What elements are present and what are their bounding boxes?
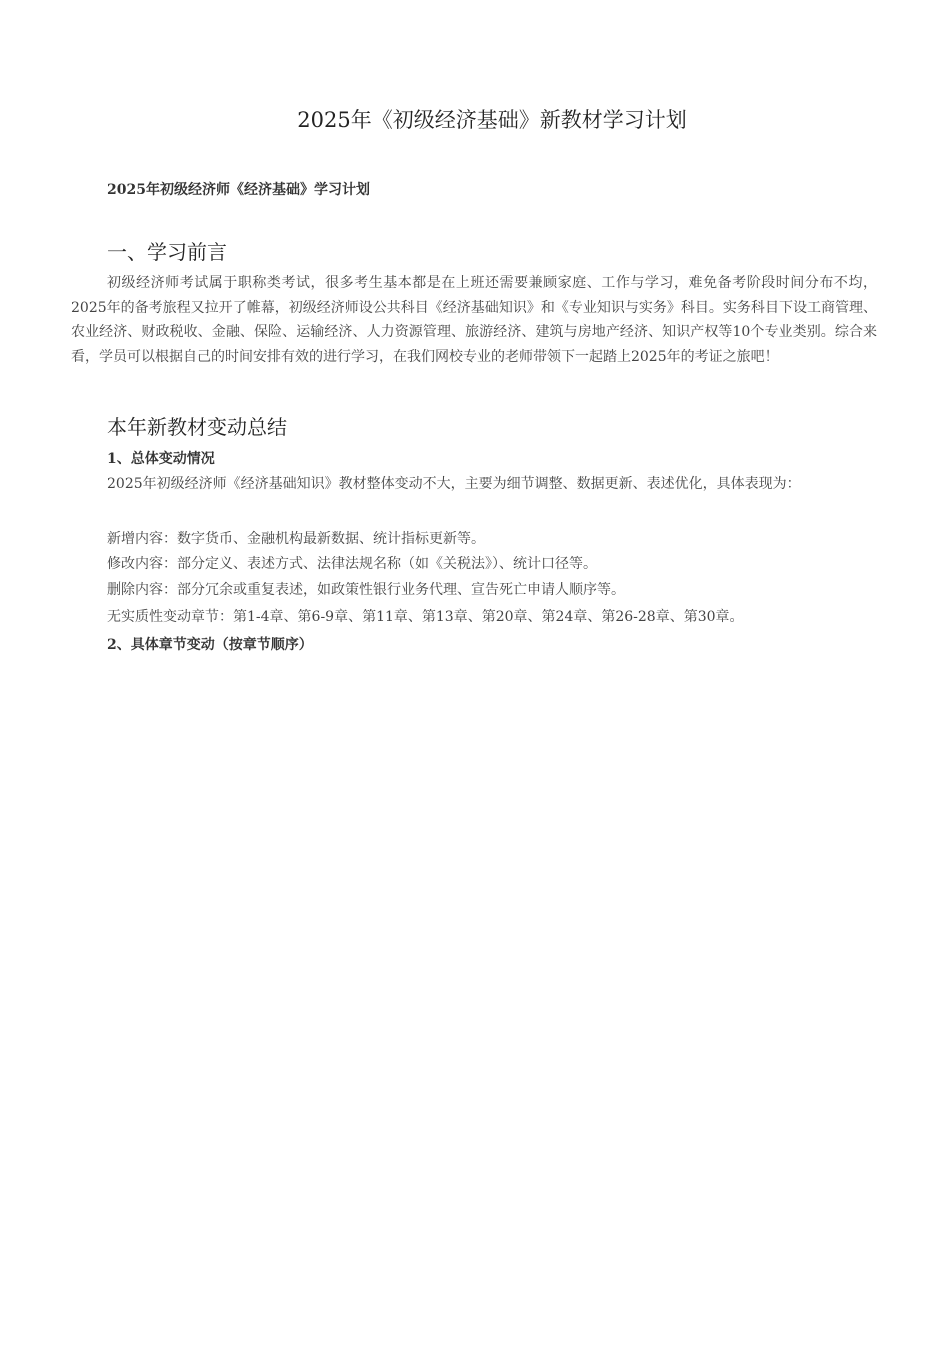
change-item-added: 新增内容：数字货币、金融机构最新数据、统计指标更新等。 xyxy=(107,528,485,548)
document-subtitle: 2025年初级经济师《经济基础》学习计划 xyxy=(107,179,370,199)
change-item-unchanged-chapters: 无实质性变动章节：第1-4章、第6-9章、第11章、第13章、第20章、第24章… xyxy=(107,606,744,626)
document-page: 2025年《初级经济基础》新教材学习计划 2025年初级经济师《经济基础》学习计… xyxy=(0,0,950,1345)
intro-paragraph: 初级经济师考试属于职称类考试，很多考生基本都是在上班还需要兼顾家庭、工作与学习，… xyxy=(71,271,877,369)
subheading-chapter-changes: 2、具体章节变动（按章节顺序） xyxy=(107,634,313,654)
section-heading-changes: 本年新教材变动总结 xyxy=(107,411,287,440)
subheading-overall-changes: 1、总体变动情况 xyxy=(107,448,215,468)
section-heading-intro: 一、学习前言 xyxy=(107,236,227,265)
change-item-modified: 修改内容：部分定义、表述方式、法律法规名称（如《关税法》）、统计口径等。 xyxy=(107,553,597,573)
change-item-deleted: 删除内容：部分冗余或重复表述，如政策性银行业务代理、宣告死亡申请人顺序等。 xyxy=(107,579,625,599)
overall-changes-paragraph: 2025年初级经济师《经济基础知识》教材整体变动不大，主要为细节调整、数据更新、… xyxy=(71,472,877,497)
document-title: 2025年《初级经济基础》新教材学习计划 xyxy=(0,104,950,134)
